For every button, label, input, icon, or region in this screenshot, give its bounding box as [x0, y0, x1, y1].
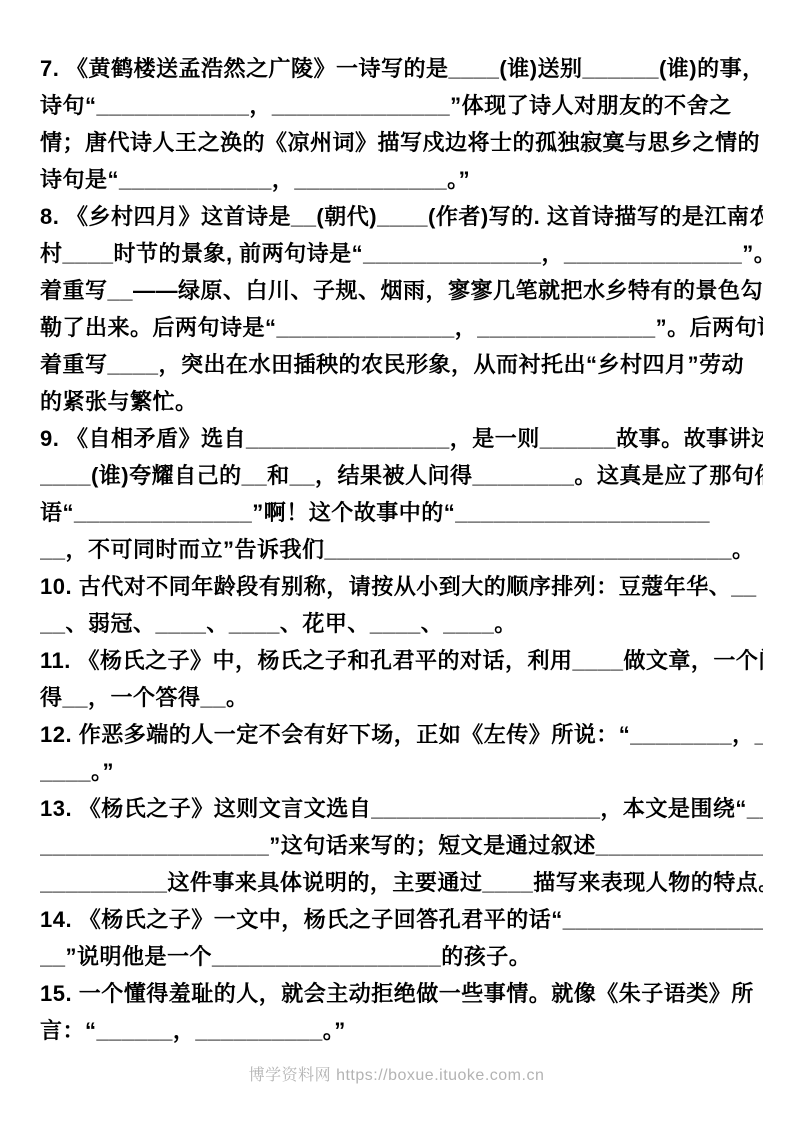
watermark-text: 博学资料网 https://boxue.ituoke.com.cn — [249, 1067, 545, 1084]
question-9: 9. 《自相矛盾》选自________________，是一则______故事。… — [40, 420, 763, 568]
question-line: ____(谁)夸耀自己的__和__，结果被人问得________。这真是应了那句… — [40, 457, 763, 494]
question-line: __________这件事来具体说明的，主要通过____描写来表现人物的特点。 — [40, 864, 763, 901]
question-15: 15. 一个懂得羞耻的人，就会主动拒绝做一些事情。就像《朱子语类》所 言：“__… — [40, 975, 763, 1049]
question-line: ____。” — [40, 753, 763, 790]
question-line: 14. 《杨氏之子》一文中，杨氏之子回答孔君平的话“______________… — [40, 901, 763, 938]
question-line: 村____时节的景象, 前两句诗是“______________，_______… — [40, 235, 763, 272]
question-line: __”说明他是一个__________________的孩子。 — [40, 938, 763, 975]
question-line: 情；唐代诗人王之涣的《凉州词》描写戍边将士的孤独寂寞与思乡之情的 — [40, 124, 763, 161]
question-line: 10. 古代对不同年龄段有别称，请按从小到大的顺序排列：豆蔻年华、__ — [40, 568, 763, 605]
question-line: 8. 《乡村四月》这首诗是__(朝代)____(作者)写的. 这首诗描写的是江南… — [40, 198, 763, 235]
question-line: __、弱冠、____、____、花甲、____、____。 — [40, 605, 763, 642]
question-line: 13. 《杨氏之子》这则文言文选自__________________，本文是围… — [40, 790, 763, 827]
question-10: 10. 古代对不同年龄段有别称，请按从小到大的顺序排列：豆蔻年华、__ __、弱… — [40, 568, 763, 642]
question-line: 语“______________”啊！这个故事中的“______________… — [40, 494, 763, 531]
question-11: 11. 《杨氏之子》中，杨氏之子和孔君平的对话，利用____做文章，一个问 得_… — [40, 642, 763, 716]
question-7: 7. 《黄鹤楼送孟浩然之广陵》一诗写的是____(谁)送别______(谁)的事… — [40, 50, 763, 198]
question-line: 诗句是“____________，____________。” — [40, 161, 763, 198]
worksheet-page: 7. 《黄鹤楼送孟浩然之广陵》一诗写的是____(谁)送别______(谁)的事… — [0, 0, 793, 1121]
question-13: 13. 《杨氏之子》这则文言文选自__________________，本文是围… — [40, 790, 763, 901]
question-8: 8. 《乡村四月》这首诗是__(朝代)____(作者)写的. 这首诗描写的是江南… — [40, 198, 763, 420]
question-line: 得__，一个答得__。 — [40, 679, 763, 716]
question-14: 14. 《杨氏之子》一文中，杨氏之子回答孔君平的话“______________… — [40, 901, 763, 975]
question-line: 着重写____，突出在水田插秧的农民形象，从而衬托出“乡村四月”劳动 — [40, 346, 763, 383]
question-line: __________________”这句话来写的；短文是通过叙述_______… — [40, 827, 763, 864]
question-line: 15. 一个懂得羞耻的人，就会主动拒绝做一些事情。就像《朱子语类》所 — [40, 975, 763, 1012]
question-line: 诗句“____________，______________”体现了诗人对朋友的… — [40, 87, 763, 124]
question-line: 言：“______，__________。” — [40, 1012, 763, 1049]
question-line: 12. 作恶多端的人一定不会有好下场，正如《左传》所说：“________，__ — [40, 716, 763, 753]
question-line: 9. 《自相矛盾》选自________________，是一则______故事。… — [40, 420, 763, 457]
question-line: 7. 《黄鹤楼送孟浩然之广陵》一诗写的是____(谁)送别______(谁)的事… — [40, 50, 763, 87]
question-12: 12. 作恶多端的人一定不会有好下场，正如《左传》所说：“________，__… — [40, 716, 763, 790]
question-line: 着重写__——绿原、白川、子规、烟雨，寥寥几笔就把水乡特有的景色勾 — [40, 272, 763, 309]
question-line: 11. 《杨氏之子》中，杨氏之子和孔君平的对话，利用____做文章，一个问 — [40, 642, 763, 679]
question-line: 勒了出来。后两句诗是“______________，______________… — [40, 309, 763, 346]
question-line: __，不可同时而立”告诉我们__________________________… — [40, 531, 763, 568]
watermark-footer: 博学资料网 https://boxue.ituoke.com.cn — [0, 1062, 793, 1085]
question-line: 的紧张与繁忙。 — [40, 383, 763, 420]
